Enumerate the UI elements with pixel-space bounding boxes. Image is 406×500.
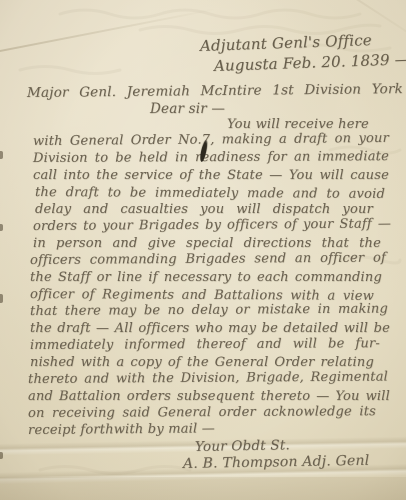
body-line: the draft — All officers who may be deta… [30, 321, 390, 336]
body-line: that there may be no delay or mistake in… [30, 302, 388, 319]
body-line: You will receive here [227, 117, 369, 132]
paper-edge-nick [0, 224, 3, 231]
paper-crease-top-left [0, 8, 216, 54]
body-line: on receiving said General order acknowle… [28, 404, 376, 421]
paper-edge-nick [0, 294, 3, 303]
body-line: delay and casualties you will dispatch y… [35, 202, 373, 217]
paper-edge-nick [0, 151, 3, 159]
body-line: immediately informed thereof and will be… [30, 336, 380, 353]
body-line: receipt forthwith by mail — [28, 421, 215, 438]
body-line: nished with a copy of the General Order … [30, 355, 374, 370]
address-line: Major Genl. Jeremiah McIntire 1st Divisi… [27, 82, 403, 101]
body-line: thereto and with the Division, Brigade, … [28, 369, 388, 387]
closing-valediction: Your Obdt St. [195, 438, 290, 455]
paper-edge-nick [0, 452, 3, 459]
salutation: Dear sir — [150, 102, 225, 117]
paper-bottom-shadow [0, 477, 406, 500]
signature: A. B. Thompson Adj. Genl [183, 454, 370, 472]
body-line: with General Order No.7, making a draft … [33, 131, 389, 149]
body-line: in person and give special directions th… [33, 236, 381, 251]
heading-office-line: Adjutant Genl's Office [200, 33, 372, 54]
body-line: officers commanding Brigades send an off… [30, 251, 386, 268]
heading-date-line: Augusta Feb. 20. 1839 — [214, 52, 406, 74]
body-line: call into the service of the State — You… [33, 168, 389, 183]
body-line: orders to your Brigades by officers of y… [33, 217, 391, 234]
body-line: the draft to be immediately made and to … [35, 185, 385, 202]
body-line: Division to be held in readiness for an … [33, 149, 389, 166]
body-line: the Staff or line if necessary to each c… [30, 270, 382, 285]
body-line: and Battalion orders subsequent thereto … [28, 389, 390, 404]
letter-page: Adjutant Genl's Office Augusta Feb. 20. … [0, 0, 406, 500]
